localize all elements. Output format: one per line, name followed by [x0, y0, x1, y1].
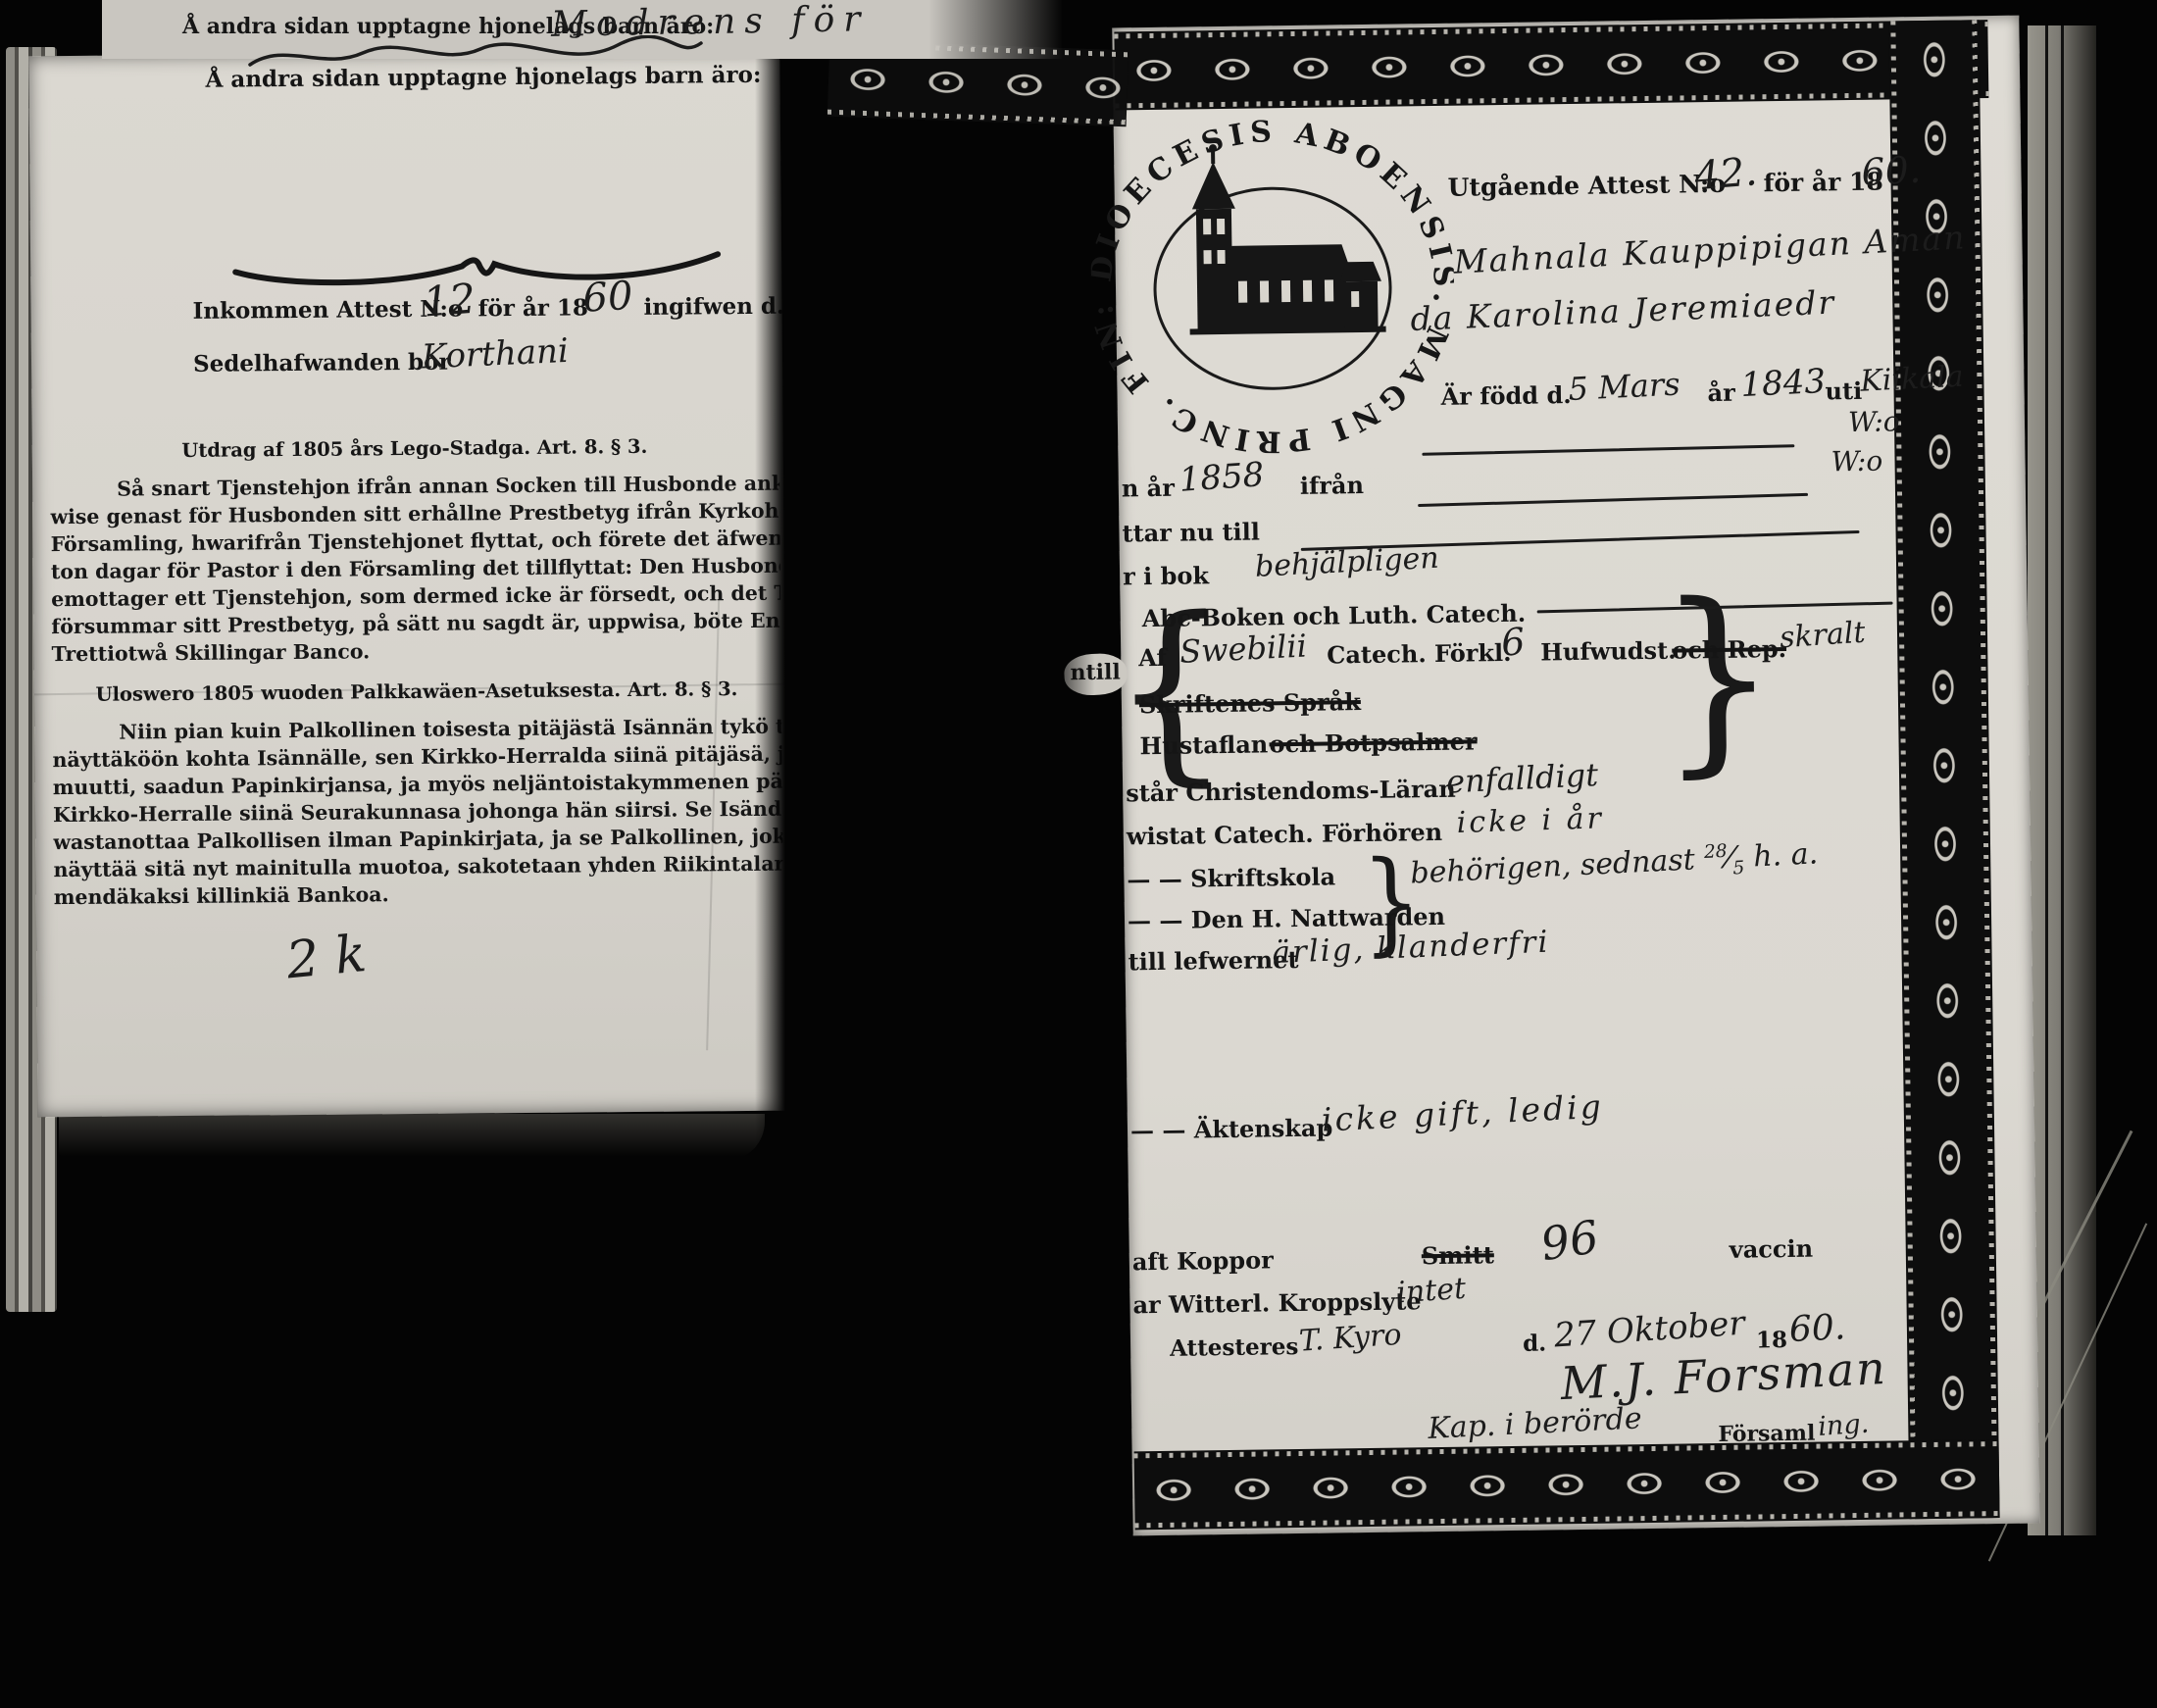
- holder-label: Sedelhafwanden bor: [193, 349, 451, 377]
- page-edge-line: [2045, 25, 2048, 1535]
- person-name-line2: da Karolina Jeremiaedr: [1410, 283, 1836, 338]
- catechism-number-handwritten: 6: [1499, 620, 1527, 665]
- catechism-mid-label: Catech. Förkl.: [1327, 638, 1512, 670]
- parish-printed-label: Församl: [1718, 1421, 1815, 1447]
- page-bottom-edge: [59, 1114, 765, 1161]
- swedish-statute-paragraph: Så snart Tjenstehjon ifrån annan Socken …: [50, 470, 781, 672]
- ditto-mark: W:o: [1831, 445, 1882, 478]
- attest-number-handwritten: 42.: [1693, 149, 1759, 199]
- pox-struck-text: Smitt: [1422, 1240, 1494, 1270]
- born-year-label: år: [1707, 378, 1735, 407]
- swedish-statute-heading: Utdrag af 1805 års Lego-Stadga. Art. 8. …: [91, 434, 738, 463]
- diocese-seal: DIOECESIS ABOENSIS. MAGNI PRINC. FIN:: [1089, 118, 1457, 456]
- pox-value-handwritten: 96: [1537, 1210, 1602, 1271]
- catechism-row-abc: Abc-Boken och Luth. Catech.: [1142, 599, 1527, 632]
- understands-value-handwritten: enfalldigt: [1445, 756, 1599, 801]
- marriage-value-handwritten: icke gift, ledig: [1321, 1087, 1605, 1139]
- moved-to-label: ttar nu till: [1122, 517, 1260, 547]
- born-uti-label: uti: [1825, 377, 1862, 406]
- right-page-certificate: DIOECESIS ABOENSIS. MAGNI PRINC. FIN:: [1112, 16, 2039, 1536]
- born-place-handwritten: Kiikala: [1860, 360, 1965, 399]
- deformity-value-handwritten: intet: [1395, 1272, 1467, 1311]
- holder-value-handwritten: Korthani: [421, 331, 569, 377]
- attest-year-prefix: för år 18: [477, 294, 588, 322]
- attested-date-handwritten: 27 Oktober: [1553, 1304, 1746, 1356]
- catechism-book-handwritten: Swebilii: [1179, 628, 1307, 671]
- handwriting-flourish: [245, 35, 706, 76]
- born-day-handwritten: 5 Mars: [1568, 366, 1681, 409]
- attested-d-label: d.: [1523, 1330, 1546, 1356]
- signature-title-handwritten: Kap. i berörde: [1428, 1401, 1643, 1446]
- school-value-post: h. a.: [1752, 836, 1818, 874]
- pox-label: aft Koppor: [1132, 1245, 1274, 1276]
- attested-place-handwritten: T. Kyro: [1298, 1318, 1403, 1359]
- blank-rule: [1422, 444, 1794, 456]
- ornament-border-top: [1114, 20, 1988, 110]
- born-label: Är född d.: [1440, 380, 1571, 411]
- attest-number-handwritten: 12: [422, 275, 477, 327]
- parish-handwritten-suffix: ing.: [1817, 1409, 1870, 1442]
- catechism-hustaflan-struck: och Botpsalmer: [1269, 727, 1477, 758]
- page-note-handwritten: 2 k: [284, 925, 370, 990]
- brace-flourish: [231, 244, 722, 287]
- moved-from-year-handwritten: 1858: [1178, 455, 1265, 500]
- school-frac-bottom: 5: [1732, 858, 1745, 879]
- catechism-grade-handwritten: skralt: [1779, 616, 1867, 656]
- catechism-af-label: Af: [1138, 643, 1167, 672]
- school-value-handwritten: behörigen, sednast 28⁄5 h. a.: [1410, 836, 1820, 894]
- school-label: — — Skriftskola: [1127, 862, 1335, 893]
- utgaende-attest-label: Utgående Attest N:o: [1447, 170, 1726, 202]
- left-page: Å andra sidan upptagne hjonelags barn är…: [28, 50, 788, 1118]
- attest-year-handwritten: 60: [581, 274, 634, 322]
- moved-from-label: ifrån: [1300, 471, 1364, 500]
- school-frac-top: 28: [1703, 841, 1728, 863]
- page-edge-line: [2061, 25, 2064, 1535]
- catechism-struck-text: och Rep.: [1672, 634, 1786, 665]
- deformity-label: ar Witterl. Kroppslyte: [1132, 1286, 1422, 1319]
- paragraph-line: mendäkaksi killinkiä Bankoa.: [54, 878, 783, 911]
- blank-rule: [1418, 493, 1808, 507]
- attended-value-handwritten: icke i år: [1456, 801, 1604, 840]
- attested-label: Attesteres: [1170, 1333, 1299, 1362]
- catechism-hustaflan-label: Hustaflan: [1139, 729, 1268, 760]
- born-year-handwritten: 1843: [1740, 362, 1827, 405]
- reads-value-handwritten: behjälpligen: [1254, 541, 1439, 584]
- book-gutter-shadow: [755, 0, 1132, 1708]
- catechism-hufwudst-label: Hufwudst.: [1540, 636, 1677, 667]
- school-value-pre: behörigen, sednast: [1410, 842, 1696, 890]
- person-name-line1: Mahnala Kauppipigan Aman: [1453, 218, 1967, 281]
- book-scan: { "colors": { "background": "#040404", "…: [0, 0, 2157, 1708]
- understands-label: står Christendoms-Läran: [1126, 775, 1456, 808]
- marriage-label: — — Äktenskap: [1130, 1114, 1333, 1145]
- attest-year-handwritten: 60.: [1860, 148, 1922, 195]
- finnish-statute-paragraph: Niin pian kuin Palkollinen toisesta pitä…: [52, 713, 783, 915]
- ditto-mark: W:o: [1848, 405, 1900, 438]
- right-brace: }: [1657, 560, 1779, 795]
- paragraph-line: Trettiotwå Skillingar Banco.: [51, 634, 780, 668]
- ornament-border-bottom: [1134, 1439, 2000, 1530]
- catechism-row-struck: Skriftenes Språk: [1139, 687, 1361, 719]
- vaccin-label: vaccin: [1730, 1234, 1814, 1264]
